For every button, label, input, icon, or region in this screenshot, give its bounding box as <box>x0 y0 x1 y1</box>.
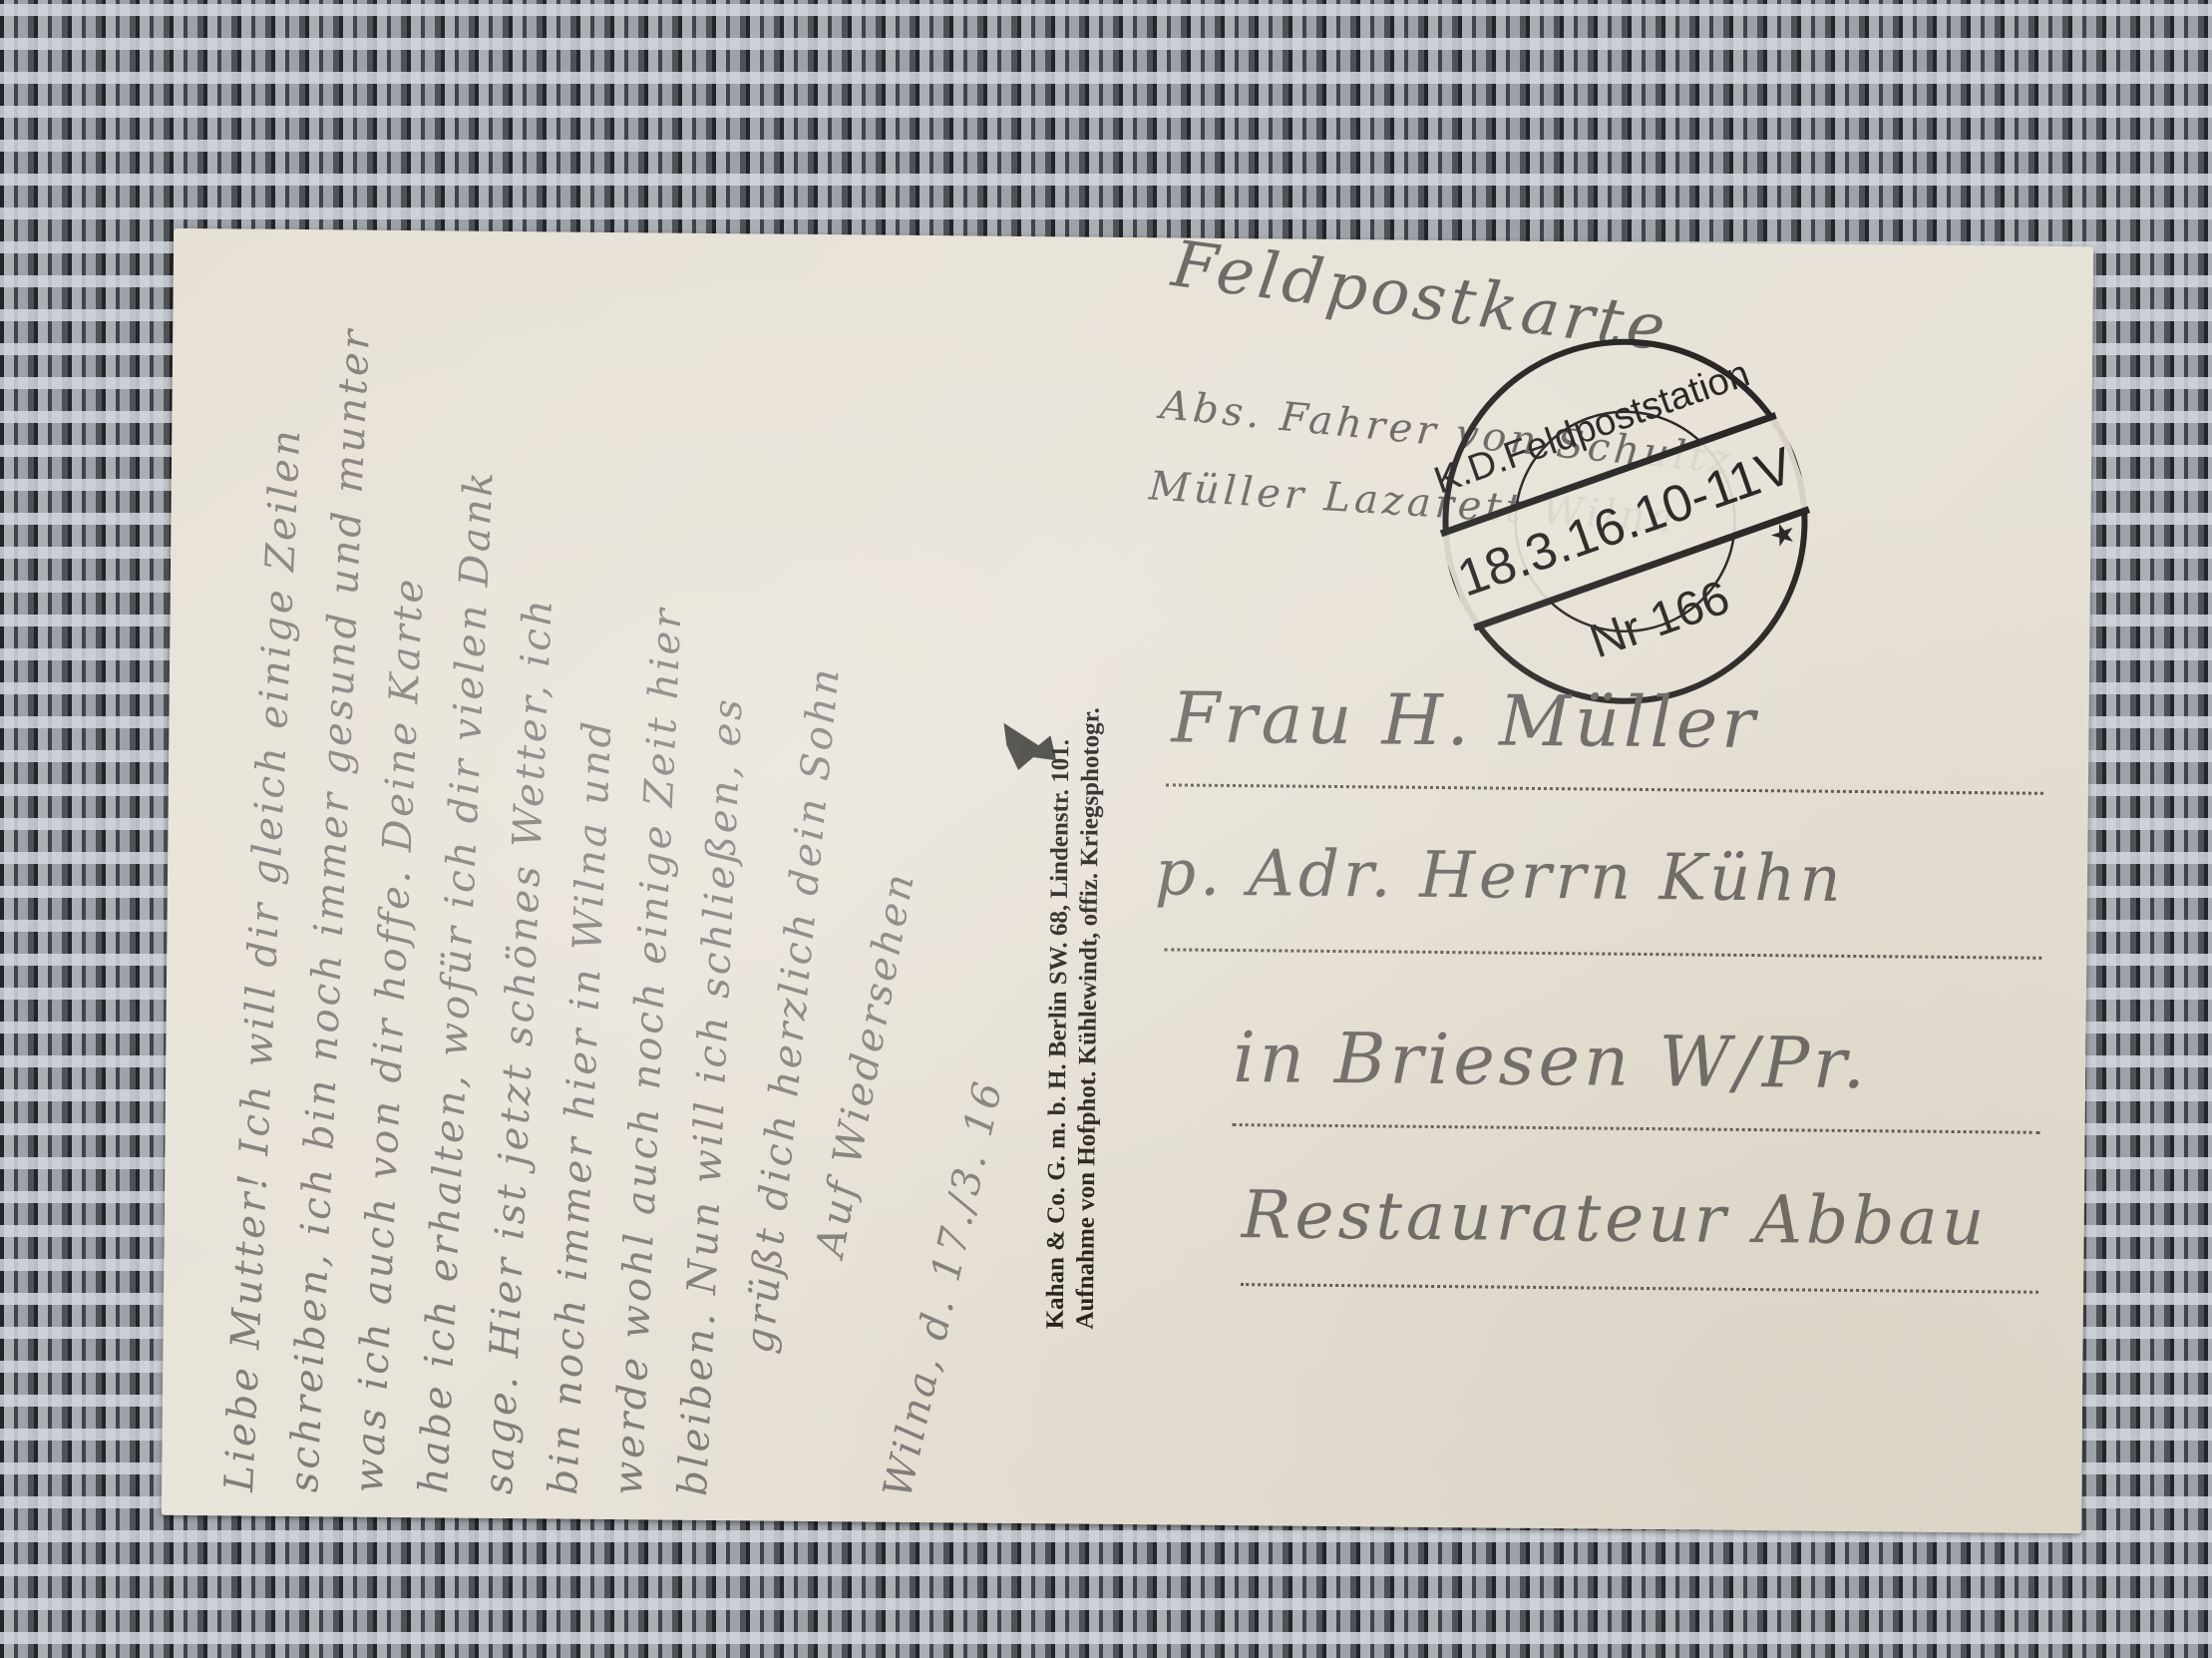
address-rule-3 <box>1233 1121 2040 1134</box>
address-line-2: p. Adr. Herrn Kühn <box>1155 836 1845 917</box>
address-line-3: in Briesen W/Pr. <box>1233 1017 1870 1104</box>
message-line: bleiben. Nun will ich schließen, es <box>670 695 752 1497</box>
message-area: Liebe Mutter! Ich will dir gleich einige… <box>186 248 996 1503</box>
publisher-imprint: Kahan & Co. G. m. b. H. Berlin SW. 68, L… <box>1041 371 1130 1330</box>
postmark: 18.3.16.10-11V K.D.Feldpoststation Nr 16… <box>1424 320 1827 723</box>
address-rule-4 <box>1241 1281 2038 1294</box>
address-line-1: Frau H. Müller <box>1171 676 1759 764</box>
message-line: bin noch immer hier in Wilna und <box>541 718 621 1496</box>
address-line-4: Restaurateur Abbau <box>1241 1176 1988 1260</box>
star-icon: ★ <box>1765 514 1802 556</box>
message-date: Wilna, d. 17./3. 16 <box>875 1075 1012 1502</box>
postmark-number: Nr 166 <box>1584 571 1737 668</box>
message-line: Auf Wiedersehen <box>807 868 923 1261</box>
address-rule-1 <box>1166 781 2043 794</box>
address-rule-2 <box>1164 946 2041 959</box>
postcard: Liebe Mutter! Ich will dir gleich einige… <box>162 228 2093 1533</box>
